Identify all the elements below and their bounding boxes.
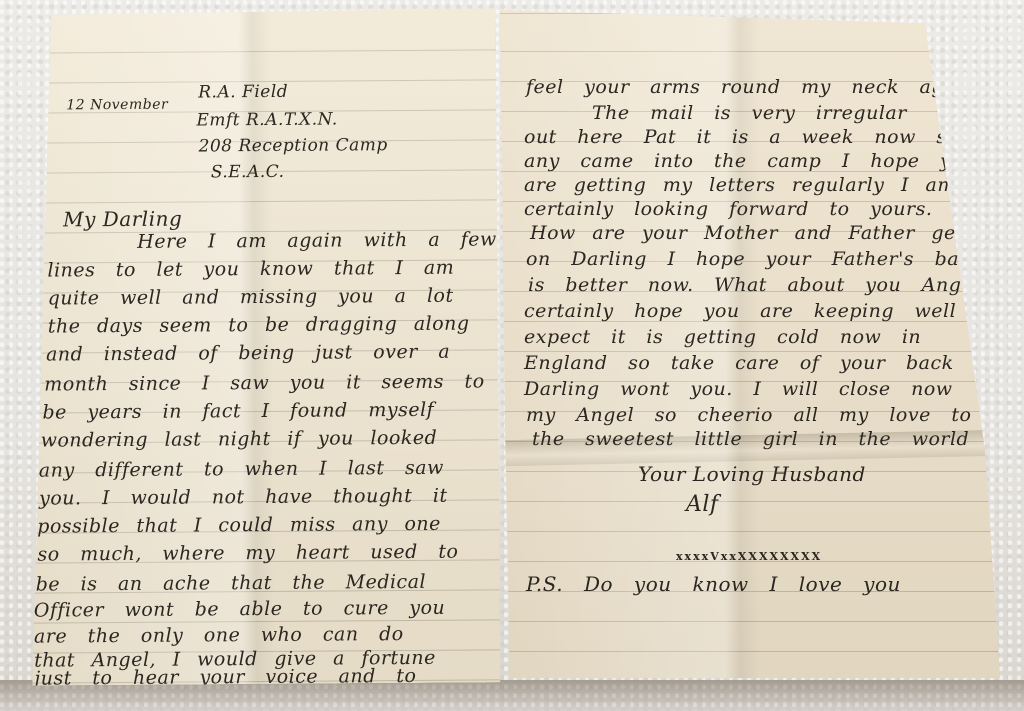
letter-line: my Angel so cheerio all my love to (526, 404, 971, 426)
letter-line: possible that I could miss any one (37, 513, 441, 538)
letter-line: England so take care of your back (524, 352, 954, 374)
postscript: P.S. Do you know I love you (526, 572, 901, 596)
sender-name: R.A. Field (198, 82, 288, 103)
kisses: xxxxVxxXXXXXXXX (676, 550, 822, 563)
letter-page-left: 12 November R.A. Field Emft R.A.T.X.N. 2… (28, 8, 501, 685)
letter-line: you. I would not have thought it (39, 485, 448, 510)
letter-line: be years in fact I found myself (42, 399, 434, 424)
letter-line: and instead of being just over a (46, 341, 450, 366)
sender-command: S.E.A.C. (211, 162, 285, 183)
letter-line: any came into the camp I hope you (524, 150, 976, 172)
salutation: My Darling (63, 207, 182, 232)
letter-closing: Your Loving Husband (638, 462, 866, 486)
letter-line: are getting my letters regularly I am (524, 174, 956, 196)
sender-camp: 208 Reception Camp (199, 135, 388, 156)
letter-line: feel your arms round my neck again (526, 76, 975, 98)
letter-line: are the only one who can do (34, 623, 404, 648)
letter-line: certainly looking forward to yours. (524, 198, 932, 220)
letter-line: on Darling I hope your Father's back (526, 248, 982, 270)
letter-line: be is an ache that the Medical (36, 571, 427, 596)
letter-page-right: feel your arms round my neck again The m… (500, 10, 1000, 678)
letter-line: Darling wont you. I will close now (524, 378, 953, 400)
letter-line: is better now. What about you Angel I (528, 274, 1000, 296)
letter-line: The mail is very irregular (592, 102, 907, 124)
letter-line: month since I saw you it seems to (44, 370, 484, 395)
letter-line: quite well and missing you a lot (48, 285, 454, 310)
letter-line: out here Pat it is a week now since (524, 126, 989, 148)
sender-unit: Emft R.A.T.X.N. (196, 109, 338, 130)
letter-line: How are your Mother and Father getting (530, 222, 1000, 244)
letter-date: 12 November (66, 97, 168, 114)
letter-line: Officer wont be able to cure you (34, 597, 446, 622)
signature: Alf (686, 492, 719, 517)
letter-line: wondering last night if you looked (41, 427, 438, 452)
letter-line: any different to when I last saw (39, 457, 444, 482)
letter-line: the days seem to be dragging along (48, 313, 470, 338)
letter-line: expect it is getting cold now in (524, 326, 921, 348)
letter-line: lines to let you know that I am (47, 257, 454, 282)
letter-line: the sweetest little girl in the world (532, 428, 969, 450)
letter-line: so much, where my heart used to (37, 541, 458, 566)
letter-line: Here I am again with a few (137, 228, 497, 253)
letter-line: certainly hope you are keeping well I (524, 300, 985, 322)
letter-line: just to hear your voice and to (34, 665, 416, 686)
